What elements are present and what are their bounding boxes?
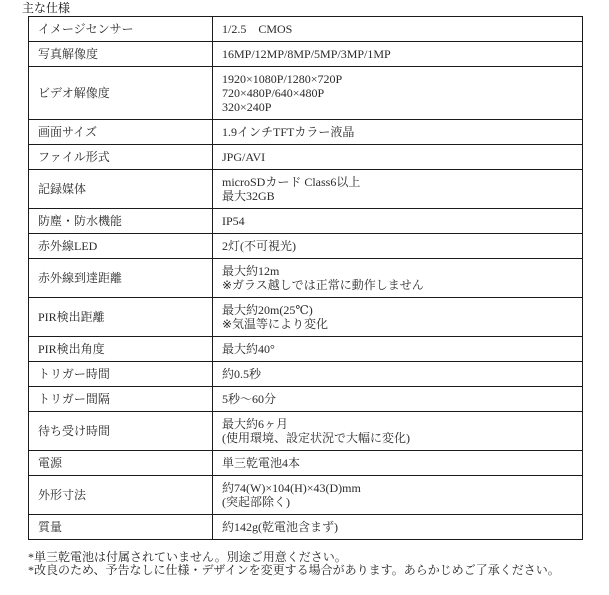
spec-value-cell: 1.9インチTFTカラー液晶 [213, 120, 583, 145]
spec-value-cell: 最大約6ヶ月 (使用環境、設定状況で大幅に変化) [213, 412, 583, 451]
spec-value-cell: 約74(W)×104(H)×43(D)mm (突起部除く) [213, 476, 583, 515]
table-row: ファイル形式 JPG/AVI [29, 145, 583, 170]
table-row: PIR検出角度 最大約40° [29, 337, 583, 362]
spec-label-cell: トリガー間隔 [29, 387, 213, 412]
spec-label-cell: 画面サイズ [29, 120, 213, 145]
page-title: 主な仕様 [22, 2, 609, 15]
spec-label-cell: 質量 [29, 515, 213, 540]
spec-value-cell: 2灯(不可視光) [213, 234, 583, 259]
spec-value-cell: JPG/AVI [213, 145, 583, 170]
spec-label-cell: ファイル形式 [29, 145, 213, 170]
table-row: 質量 約142g(乾電池含まず) [29, 515, 583, 540]
table-row: 電源 単三乾電池4本 [29, 451, 583, 476]
table-row: 画面サイズ 1.9インチTFTカラー液晶 [29, 120, 583, 145]
spec-table: イメージセンサー 1/2.5 CMOS 写真解像度 16MP/12MP/8MP/… [28, 16, 583, 540]
spec-value-cell: 約142g(乾電池含まず) [213, 515, 583, 540]
footnotes: *単三乾電池は付属されていません。別途ご用意ください。 *改良のため、予告なしに… [28, 551, 609, 577]
spec-table-body: イメージセンサー 1/2.5 CMOS 写真解像度 16MP/12MP/8MP/… [29, 17, 583, 540]
table-row: 記録媒体 microSDカード Class6以上 最大32GB [29, 170, 583, 209]
spec-label-cell: 記録媒体 [29, 170, 213, 209]
spec-value-cell: 1920×1080P/1280×720P 720×480P/640×480P 3… [213, 67, 583, 120]
spec-page: 主な仕様 イメージセンサー 1/2.5 CMOS 写真解像度 16MP/12MP… [0, 0, 609, 577]
spec-label-cell: 防塵・防水機能 [29, 209, 213, 234]
table-row: 赤外線到達距離 最大約12m ※ガラス越しでは正常に動作しません [29, 259, 583, 298]
spec-value-cell: 最大約40° [213, 337, 583, 362]
footnote-spec-change-note-clipped: *改良のため、予告なしに仕様・デザインを変更する場合があります。あらかじめご了承… [28, 564, 609, 577]
spec-value-cell: 1/2.5 CMOS [213, 17, 583, 42]
spec-label-cell: 写真解像度 [29, 42, 213, 67]
table-row: トリガー間隔 5秒～60分 [29, 387, 583, 412]
spec-label-cell: 電源 [29, 451, 213, 476]
spec-value-cell: 16MP/12MP/8MP/5MP/3MP/1MP [213, 42, 583, 67]
spec-label-cell: ビデオ解像度 [29, 67, 213, 120]
spec-label-cell: 赤外線到達距離 [29, 259, 213, 298]
spec-value-cell: 単三乾電池4本 [213, 451, 583, 476]
table-row: トリガー時間 約0.5秒 [29, 362, 583, 387]
table-row: PIR検出距離 最大約20m(25℃) ※気温等により変化 [29, 298, 583, 337]
spec-label-cell: 外形寸法 [29, 476, 213, 515]
spec-value-cell: IP54 [213, 209, 583, 234]
table-row: 外形寸法 約74(W)×104(H)×43(D)mm (突起部除く) [29, 476, 583, 515]
spec-label-cell: 赤外線LED [29, 234, 213, 259]
table-row: イメージセンサー 1/2.5 CMOS [29, 17, 583, 42]
spec-value-cell: microSDカード Class6以上 最大32GB [213, 170, 583, 209]
spec-value-cell: 最大約12m ※ガラス越しでは正常に動作しません [213, 259, 583, 298]
spec-label-cell: PIR検出角度 [29, 337, 213, 362]
spec-value-cell: 5秒～60分 [213, 387, 583, 412]
spec-value-cell: 約0.5秒 [213, 362, 583, 387]
table-row: 待ち受け時間 最大約6ヶ月 (使用環境、設定状況で大幅に変化) [29, 412, 583, 451]
table-row: 赤外線LED 2灯(不可視光) [29, 234, 583, 259]
table-row: 写真解像度 16MP/12MP/8MP/5MP/3MP/1MP [29, 42, 583, 67]
spec-label-cell: 待ち受け時間 [29, 412, 213, 451]
spec-label-cell: イメージセンサー [29, 17, 213, 42]
spec-label-cell: トリガー時間 [29, 362, 213, 387]
spec-label-cell: PIR検出距離 [29, 298, 213, 337]
table-row: 防塵・防水機能 IP54 [29, 209, 583, 234]
spec-value-cell: 最大約20m(25℃) ※気温等により変化 [213, 298, 583, 337]
table-row: ビデオ解像度 1920×1080P/1280×720P 720×480P/640… [29, 67, 583, 120]
